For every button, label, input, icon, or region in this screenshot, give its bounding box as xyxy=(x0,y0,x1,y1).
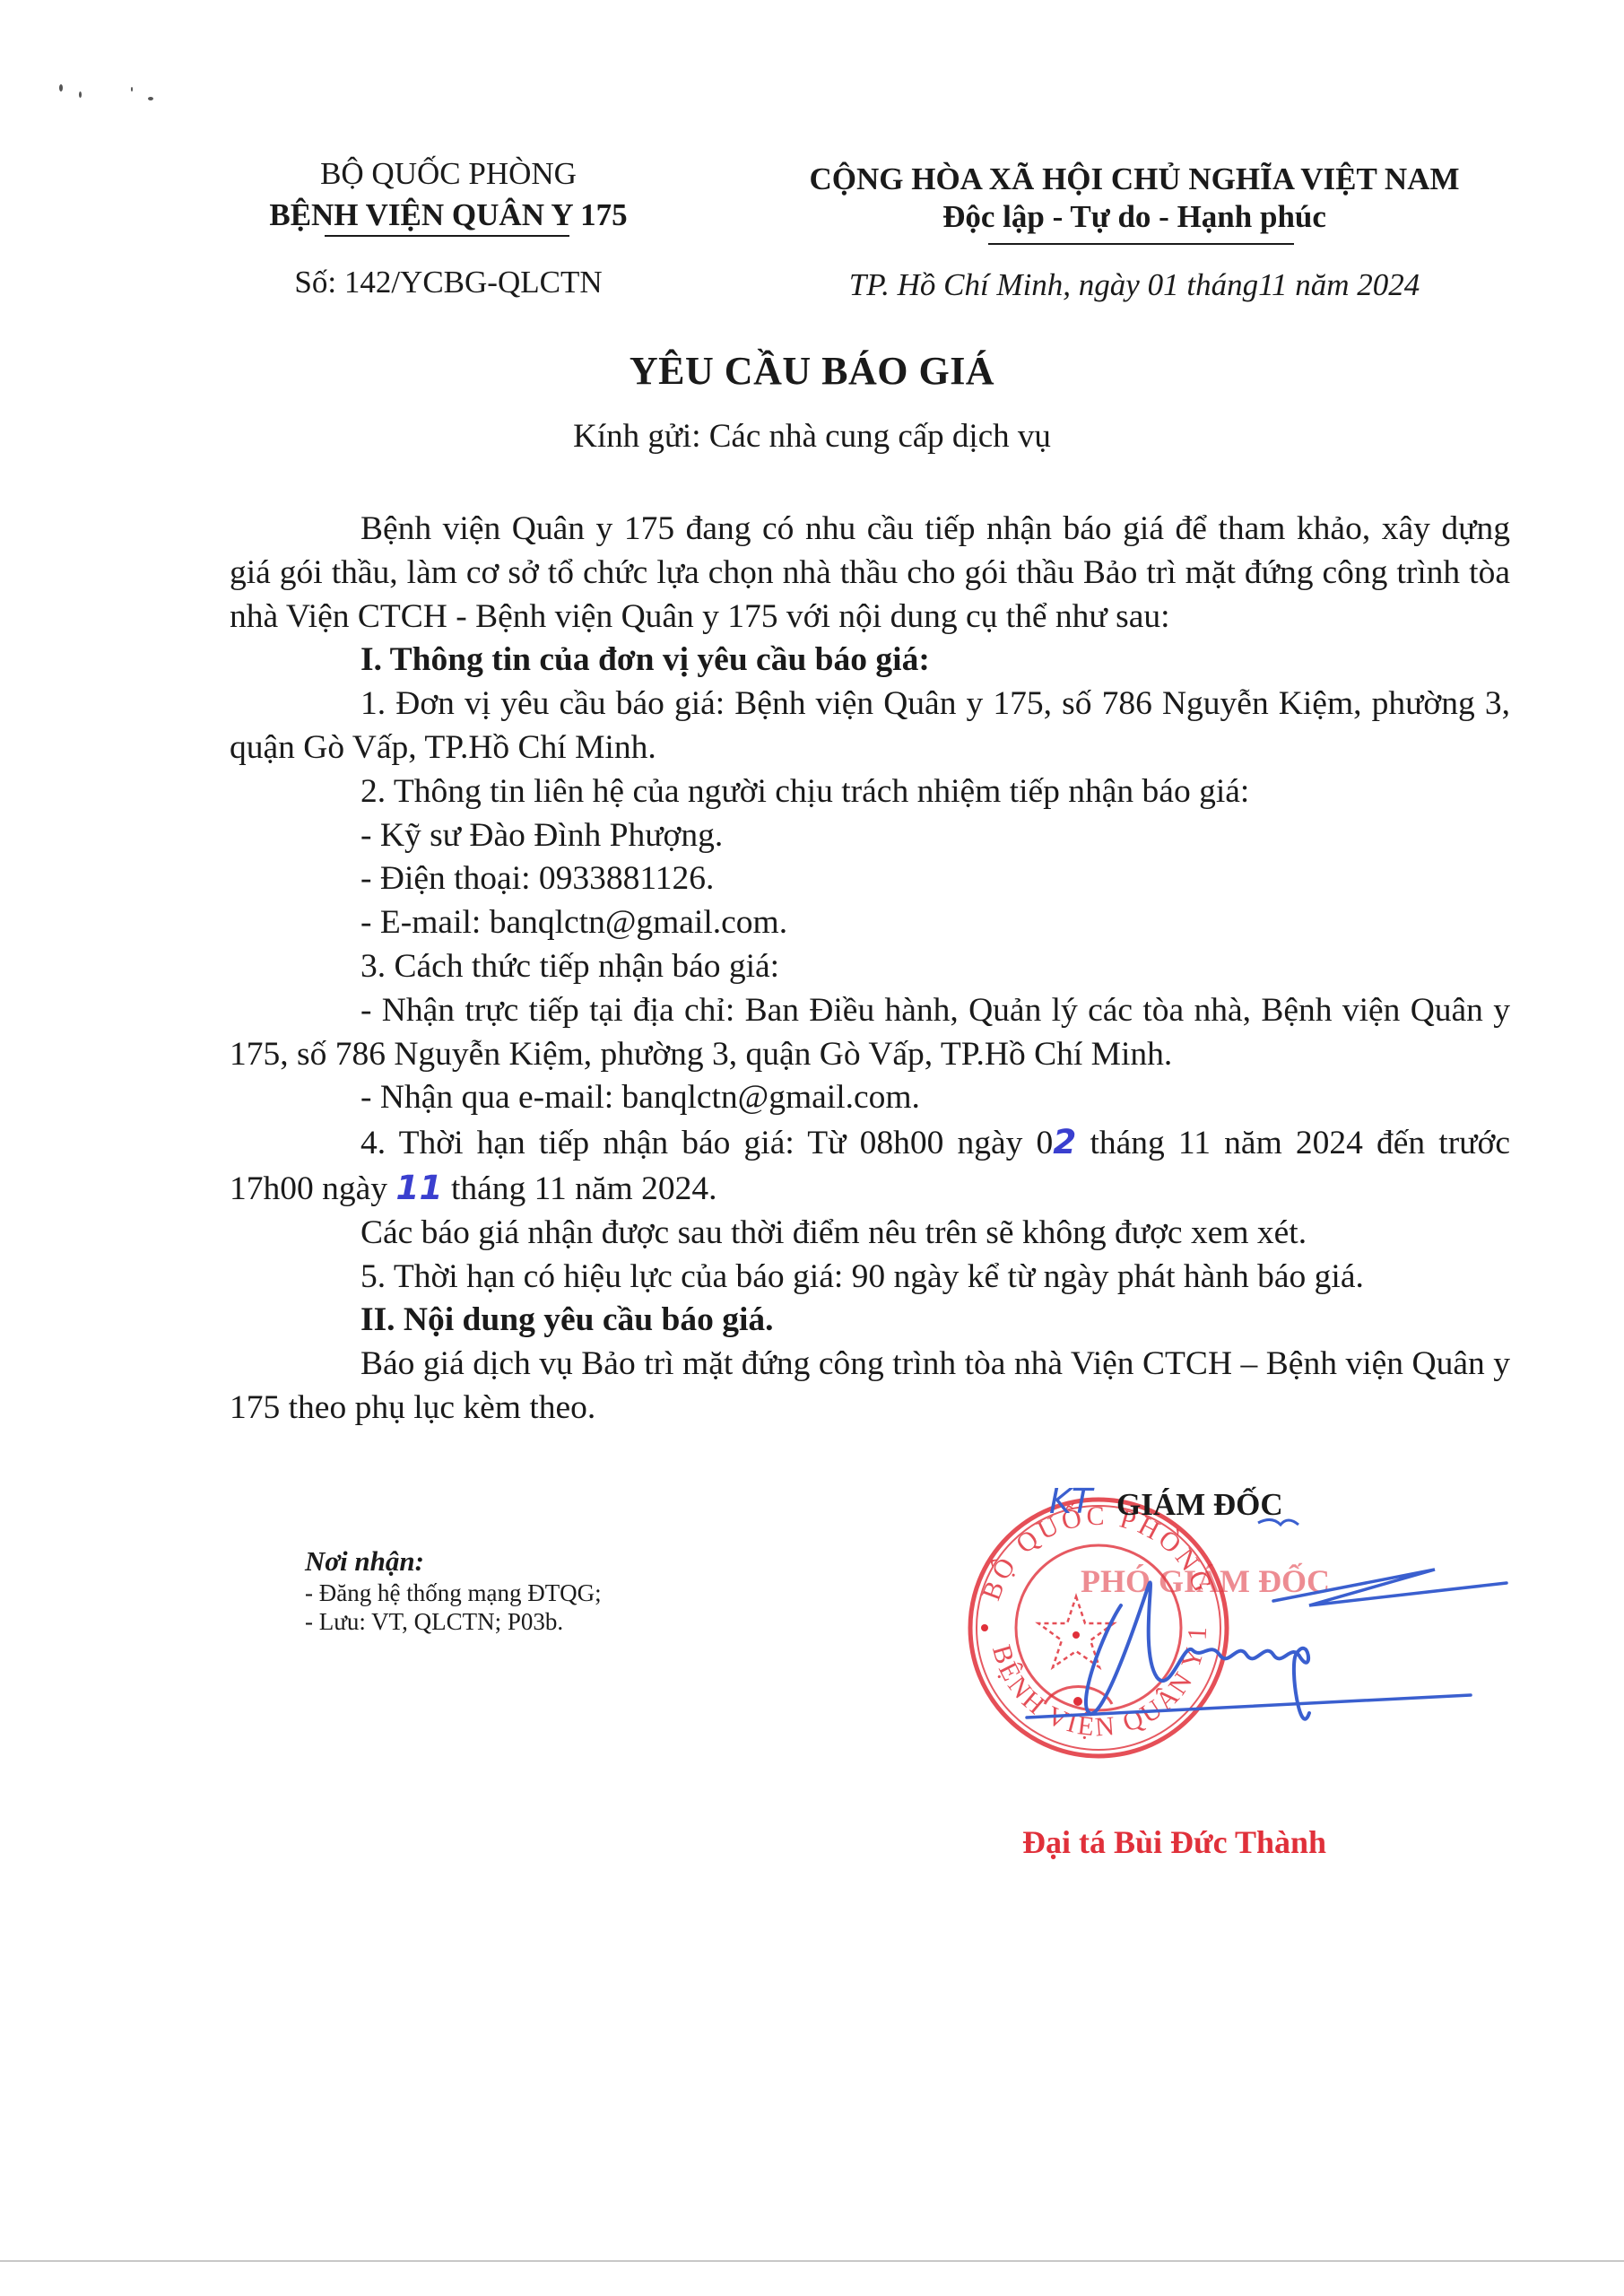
organization-underline xyxy=(325,235,569,237)
item-3: 3. Cách thức tiếp nhận báo giá: xyxy=(230,945,1510,989)
section-2-text: Báo giá dịch vụ Bảo trì mặt đứng công tr… xyxy=(230,1343,1510,1431)
item-4: 4. Thời hạn tiếp nhận báo giá: Từ 08h00 … xyxy=(230,1120,1510,1212)
greeting: Kính gửi: Các nhà cung cấp dịch vụ xyxy=(0,420,1624,453)
item-5: 5. Thời hạn có hiệu lực của báo giá: 90 … xyxy=(230,1256,1510,1300)
handwritten-signature-icon xyxy=(1004,1507,1542,1740)
item-1: 1. Đơn vị yêu cầu báo giá: Bệnh viện Quâ… xyxy=(230,683,1510,770)
country-name: CỘNG HÒA XÃ HỘI CHỦ NGHĨA VIỆT NAM xyxy=(735,163,1533,195)
ministry-name: BỘ QUỐC PHÒNG xyxy=(188,158,708,189)
intro-paragraph: Bệnh viện Quân y 175 đang có nhu cầu tiế… xyxy=(230,508,1510,639)
motto-underline xyxy=(988,243,1294,245)
contact-email: - E-mail: banqlctn@gmail.com. xyxy=(230,901,1510,945)
contact-name: - Kỹ sư Đào Đình Phượng. xyxy=(230,814,1510,858)
late-notice: Các báo giá nhận được sau thời điểm nêu … xyxy=(230,1212,1510,1256)
place-date: TP. Hồ Chí Minh, ngày 01 tháng11 năm 202… xyxy=(735,269,1533,300)
document-title: YÊU CẦU BÁO GIÁ xyxy=(0,352,1624,391)
organization-name: BỆNH VIỆN QUÂN Y 175 xyxy=(188,199,708,230)
recipient-item: - Lưu: VT, QLCTN; P03b. xyxy=(305,1607,602,1636)
scan-noise xyxy=(148,97,153,100)
scan-noise xyxy=(79,91,82,98)
scan-noise xyxy=(131,87,133,91)
item-4-part-3: tháng 11 năm 2024. xyxy=(443,1170,717,1207)
signer-name: Đại tá Bùi Đức Thành xyxy=(1022,1826,1326,1858)
scan-edge-line xyxy=(0,2260,1624,2262)
item-4-part-1: 4. Thời hạn tiếp nhận báo giá: Từ 08h00 … xyxy=(360,1125,1053,1161)
recipient-item: - Đăng hệ thống mạng ĐTQG; xyxy=(305,1578,602,1607)
recipients-heading: Nơi nhận: xyxy=(305,1544,602,1578)
receive-email: - Nhận qua e-mail: banqlctn@gmail.com. xyxy=(230,1076,1510,1120)
handwritten-end-day: 11 xyxy=(395,1168,442,1207)
section-1-heading: I. Thông tin của đơn vị yêu cầu báo giá: xyxy=(230,639,1510,683)
scan-noise xyxy=(59,84,63,91)
receive-direct: - Nhận trực tiếp tại địa chỉ: Ban Điều h… xyxy=(230,989,1510,1077)
document-body: Bệnh viện Quân y 175 đang có nhu cầu tiế… xyxy=(230,508,1510,1431)
section-2-heading: II. Nội dung yêu cầu báo giá. xyxy=(230,1299,1510,1343)
recipients-block: Nơi nhận: - Đăng hệ thống mạng ĐTQG; - L… xyxy=(305,1544,602,1636)
item-2: 2. Thông tin liên hệ của người chịu trác… xyxy=(230,770,1510,814)
document-number: Số: 142/YCBG-QLCTN xyxy=(188,266,708,298)
national-motto: Độc lập - Tự do - Hạnh phúc xyxy=(735,201,1533,232)
handwritten-start-day: 2 xyxy=(1053,1122,1076,1161)
contact-phone: - Điện thoại: 0933881126. xyxy=(230,857,1510,901)
